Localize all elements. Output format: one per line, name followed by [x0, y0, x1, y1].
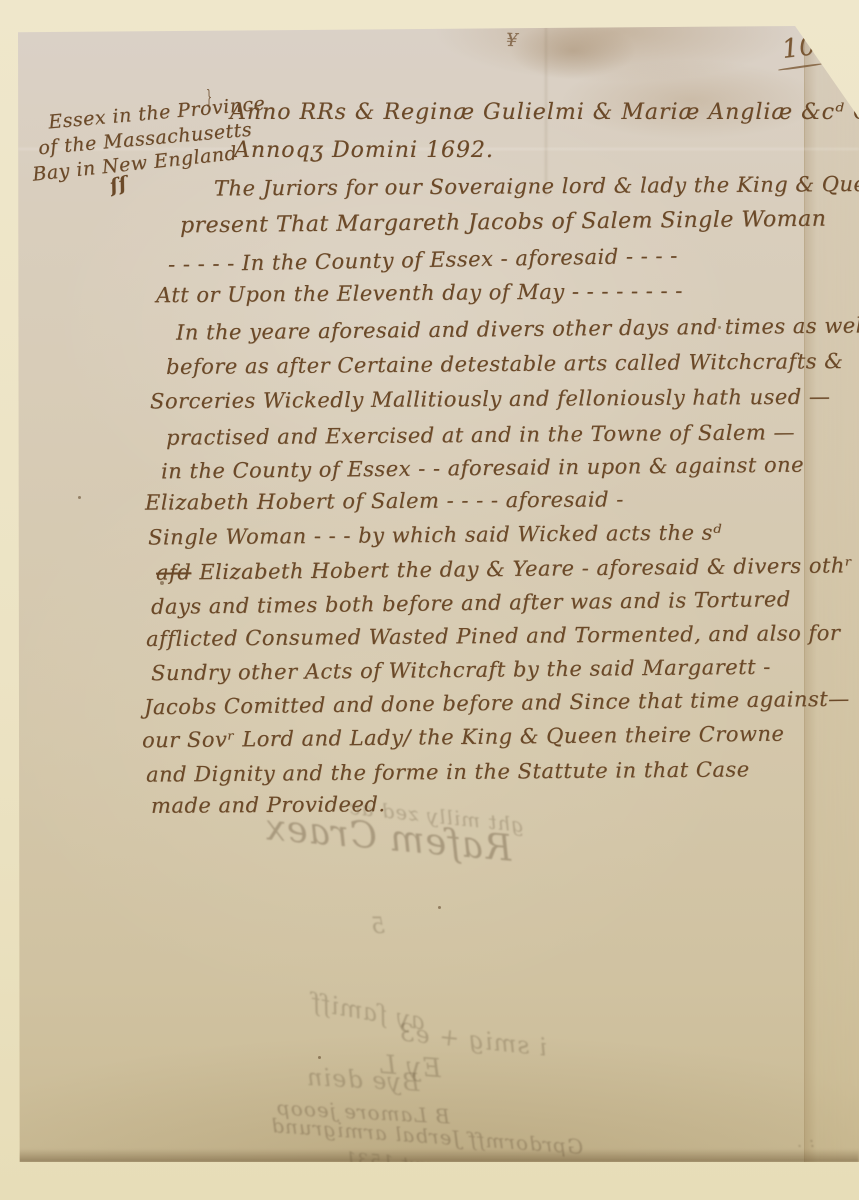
- manuscript-sheet: 106 ¥ Essex in the Province of the Massa…: [18, 26, 859, 1162]
- body-line-with-strikeout: afdElizabeth Hobert the day & Yeare - af…: [156, 555, 853, 583]
- body-line: in the County of Essex - - aforesaid in …: [161, 455, 804, 483]
- bleedthrough-text: : .: [796, 1132, 815, 1151]
- page-number: 106: [781, 31, 835, 63]
- heading-anno-domini: Annoqʒ Domini 1692.: [234, 140, 494, 162]
- ink-speck: [78, 496, 81, 499]
- body-line: - - - - - In the County of Essex - afore…: [168, 246, 678, 276]
- bleedthrough-text: 5: [370, 914, 385, 939]
- struck-out-word: afd: [156, 560, 191, 584]
- body-line: Jacobs Comitted and done before and Sinc…: [144, 689, 850, 719]
- body-line: before as after Certaine detestable arts…: [166, 351, 844, 378]
- margin-brace: }: [206, 88, 212, 107]
- right-fold-edge: [804, 26, 859, 1162]
- body-line: and Dignity and the forme in the Stattut…: [146, 759, 750, 785]
- body-line: Single Woman - - - by which said Wicked …: [148, 522, 722, 548]
- ink-speck: [318, 1056, 321, 1059]
- body-line: days and times both before and after was…: [151, 589, 791, 618]
- body-line: Sorceries Wickedly Mallitiously and fell…: [150, 387, 831, 413]
- body-line: practised and Exercised at and in the To…: [166, 422, 795, 448]
- body-line: In the yeare aforesaid and divers other …: [176, 315, 859, 343]
- body-line: Elizabeth Hobert the day & Yeare - afore…: [199, 553, 853, 584]
- bottom-edge-shadow: [18, 1149, 859, 1162]
- body-line: Elizabeth Hobert of Salem - - - - afores…: [145, 489, 624, 513]
- body-line: present That Margareth Jacobs of Salem S…: [180, 209, 827, 238]
- body-line: our Sovʳ Lord and Lady/ the King & Queen…: [142, 724, 785, 752]
- body-line: Att or Upon the Eleventh day of May - - …: [156, 281, 683, 307]
- body-line: The Juriors for our Soveraigne lord & la…: [214, 173, 859, 199]
- bleedthrough-text: Bye dein: [305, 1063, 420, 1097]
- heading-regnal-year: Anno RRs & Reginæ Gulielmi & Mariæ Angli…: [230, 102, 859, 124]
- filing-mark: ¥: [506, 32, 518, 50]
- scanned-manuscript-view: { "document": { "page_number": "106", "f…: [0, 0, 859, 1200]
- body-line: Sundry other Acts of Witchcraft by the s…: [151, 657, 771, 684]
- body-line: afflicted Consumed Wasted Pined and Torm…: [146, 623, 841, 650]
- scilicet-mark: ſſ: [108, 174, 129, 196]
- ink-speck: [438, 906, 441, 909]
